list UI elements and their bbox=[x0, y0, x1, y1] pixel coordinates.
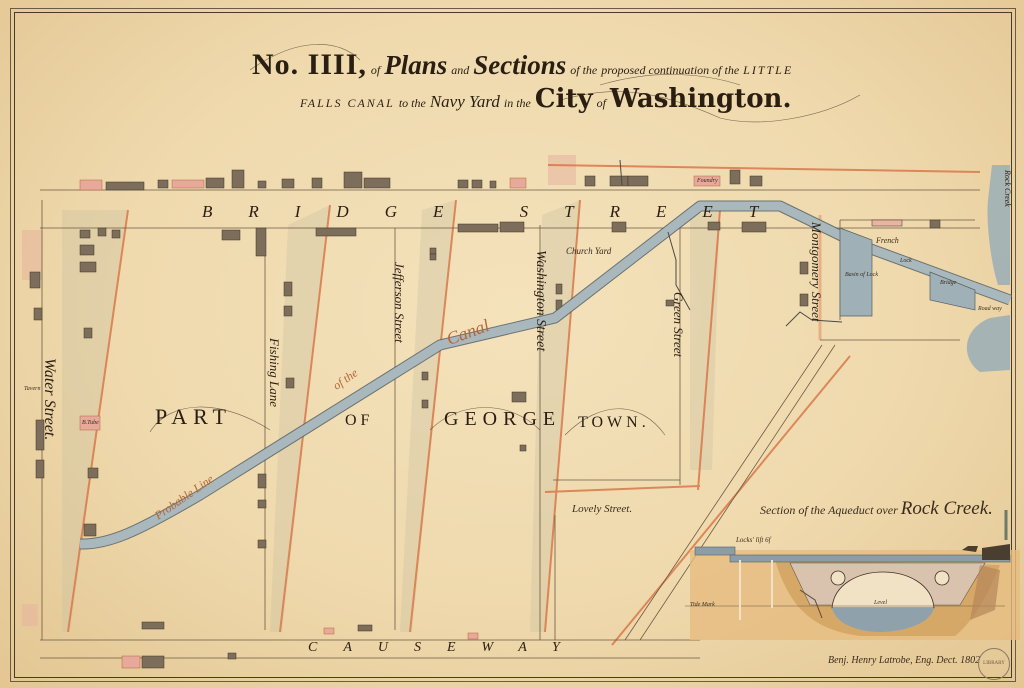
street-label-fishing-lane: Fishing Lane bbox=[266, 338, 282, 407]
label-b-tube: B.Tube bbox=[82, 420, 99, 426]
label-tavern: Tavern bbox=[24, 386, 40, 392]
title-plans: Plans bbox=[384, 50, 447, 80]
historical-canal-map: No. IIII, of Plans and Sections of the p… bbox=[0, 0, 1024, 688]
area-label-part: PART bbox=[155, 404, 232, 430]
label-bridge: Bridge bbox=[940, 280, 956, 286]
section-title-prefix: Section of the Aqueduct over bbox=[760, 503, 898, 517]
label-rock-creek: Rock Creek bbox=[1003, 170, 1012, 207]
street-label-green-street: Green Street bbox=[670, 292, 686, 357]
section-lock-label: Locks' lift 6f bbox=[736, 536, 771, 544]
label-church-yard: Church Yard bbox=[566, 246, 611, 256]
title-of-the: of the bbox=[570, 63, 597, 77]
label-basin: Basin of Lock bbox=[845, 272, 878, 278]
section-title: Section of the Aqueduct over Rock Creek. bbox=[760, 498, 993, 520]
title-of: of bbox=[371, 63, 380, 77]
street-label-causeway: CAUSEWAY bbox=[308, 640, 586, 656]
title-washington: Washington. bbox=[610, 84, 792, 114]
title-of2: of bbox=[597, 96, 606, 110]
title-and: and bbox=[451, 63, 469, 77]
street-label-jefferson-street: Jefferson Street bbox=[391, 262, 407, 343]
title-falls-canal: FALLS CANAL bbox=[300, 96, 395, 110]
area-label-of: OF bbox=[345, 412, 373, 430]
label-french: French bbox=[876, 236, 899, 245]
title-in-the: in the bbox=[504, 96, 531, 110]
map-title-line-2: FALLS CANAL to the Navy Yard in the City… bbox=[300, 84, 792, 114]
section-title-river: Rock Creek. bbox=[901, 498, 993, 519]
title-little: LITTLE bbox=[743, 63, 793, 77]
title-to-the: to the bbox=[399, 96, 426, 110]
label-road: Road way bbox=[978, 306, 1002, 312]
signature: Benj. Henry Latrobe, Eng. Dect. 1802 bbox=[828, 655, 980, 666]
area-label-town: TOWN. bbox=[578, 414, 650, 432]
street-label-washington-street: Washington Street bbox=[532, 250, 548, 351]
label-lock: Lock bbox=[900, 258, 912, 264]
title-number: No. IIII, bbox=[252, 48, 367, 81]
title-navy-yard: Navy Yard bbox=[430, 92, 500, 111]
label-tide-mark: Tide Mark bbox=[690, 602, 715, 608]
street-label-lovely-street: Lovely Street. bbox=[572, 503, 632, 515]
area-label-george: GEORGE bbox=[444, 408, 561, 431]
section-level-label: Level bbox=[874, 600, 887, 606]
street-label-montgomery-street: Montgomery Street bbox=[808, 222, 824, 322]
title-city: City bbox=[535, 84, 593, 114]
map-title-line-1: No. IIII, of Plans and Sections of the p… bbox=[252, 48, 793, 82]
label-foundry: Foundry bbox=[697, 178, 718, 184]
street-label-water-street: Water Street. bbox=[40, 358, 58, 440]
title-sections: Sections bbox=[473, 50, 566, 80]
library-stamp: LIBRARY bbox=[978, 648, 1010, 680]
street-label-bridge-street: BRIDGE STREET bbox=[202, 202, 794, 222]
title-proposed: proposed continuation of the bbox=[601, 63, 739, 77]
